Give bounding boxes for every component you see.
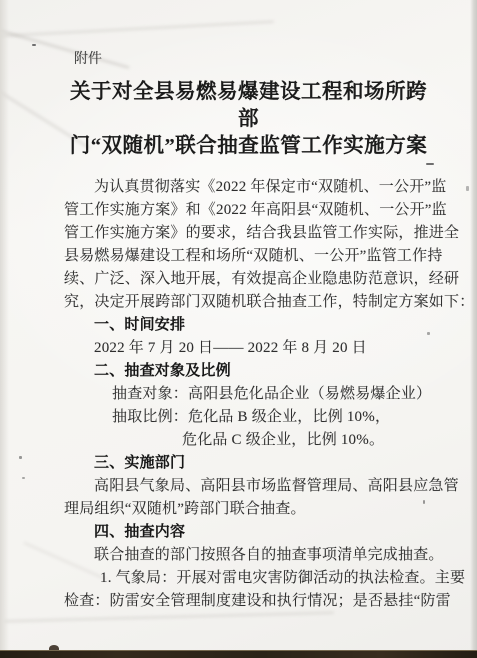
document-title-line-2: 门“双随机”联合抽查监管工作实施方案 [64,133,433,160]
section-heading-contents: 四、抽查内容 [64,521,433,544]
document-body: 为认真贯彻落实《2022 年保定市“双随机、一公开”监 管工作实施方案》和《20… [64,176,433,613]
paper-crease [4,612,334,623]
section-heading-targets: 二、抽查对象及比例 [64,360,433,383]
scan-speck [427,332,430,335]
departments-line-1: 高阳县气象局、高阳县市场监督管理局、高阳县应急管 [64,475,433,498]
intro-line-6: 究，决定开展跨部门双随机联合抽查工作，特制定方案如下： [64,291,433,314]
target-object-line: 抽查对象：高阳县危化品企业（易燃易爆企业） [64,383,433,406]
scan-speck [466,186,469,191]
scan-speck [426,163,434,165]
document-content: 附件 关于对全县易燃易爆建设工程和场所跨部 门“双随机”联合抽查监管工作实施方案… [0,0,477,613]
document-title: 关于对全县易燃易爆建设工程和场所跨部 门“双随机”联合抽查监管工作实施方案 [64,79,433,160]
section-heading-time: 一、时间安排 [64,314,433,337]
scan-speck [423,500,425,504]
contents-line-2: 1. 气象局：开展对雷电灾害防御活动的执法检查。主要 [64,567,433,590]
scan-edge-left [0,0,9,658]
sampling-ratio-line-b: 抽取比例：危化品 B 级企业，比例 10%， [64,406,433,429]
scan-speck [22,477,25,479]
scan-edge-right [470,0,477,658]
intro-line-5: 续、广泛、深入地开展，有效提高企业隐患防范意识，经研 [64,268,433,291]
scan-speck [19,456,22,459]
document-title-line-1: 关于对全县易燃易爆建设工程和场所跨部 [64,79,433,133]
scanned-document-page: 附件 关于对全县易燃易爆建设工程和场所跨部 门“双随机”联合抽查监管工作实施方案… [0,0,477,658]
contents-line-3: 检查：防雷安全管理制度建设和执行情况；是否悬挂“防雷 [64,590,433,613]
time-range-line: 2022 年 7 月 20 日—— 2022 年 8 月 20 日 [64,337,433,360]
departments-line-2: 理局组织“双随机”跨部门联合抽查。 [64,498,433,521]
attachment-label: 附件 [64,50,433,70]
contents-line-1: 联合抽查的部门按照各自的抽查事项清单完成抽查。 [64,544,433,567]
intro-line-2: 管工作实施方案》和《2022 年高阳县“双随机、一公开”监 [64,199,433,222]
intro-line-3: 管工作实施方案》的要求，结合我县监管工作实际，推进全 [64,222,433,245]
sampling-ratio-line-c: 危化品 C 级企业，比例 10%。 [64,429,433,452]
scan-speck [32,44,36,46]
intro-line-4: 县易燃易爆建设工程和场所“双随机、一公开”监管工作持 [64,245,433,268]
scan-edge-bottom [0,650,477,658]
section-heading-departments: 三、实施部门 [64,452,433,475]
intro-line-1: 为认真贯彻落实《2022 年保定市“双随机、一公开”监 [64,176,433,199]
